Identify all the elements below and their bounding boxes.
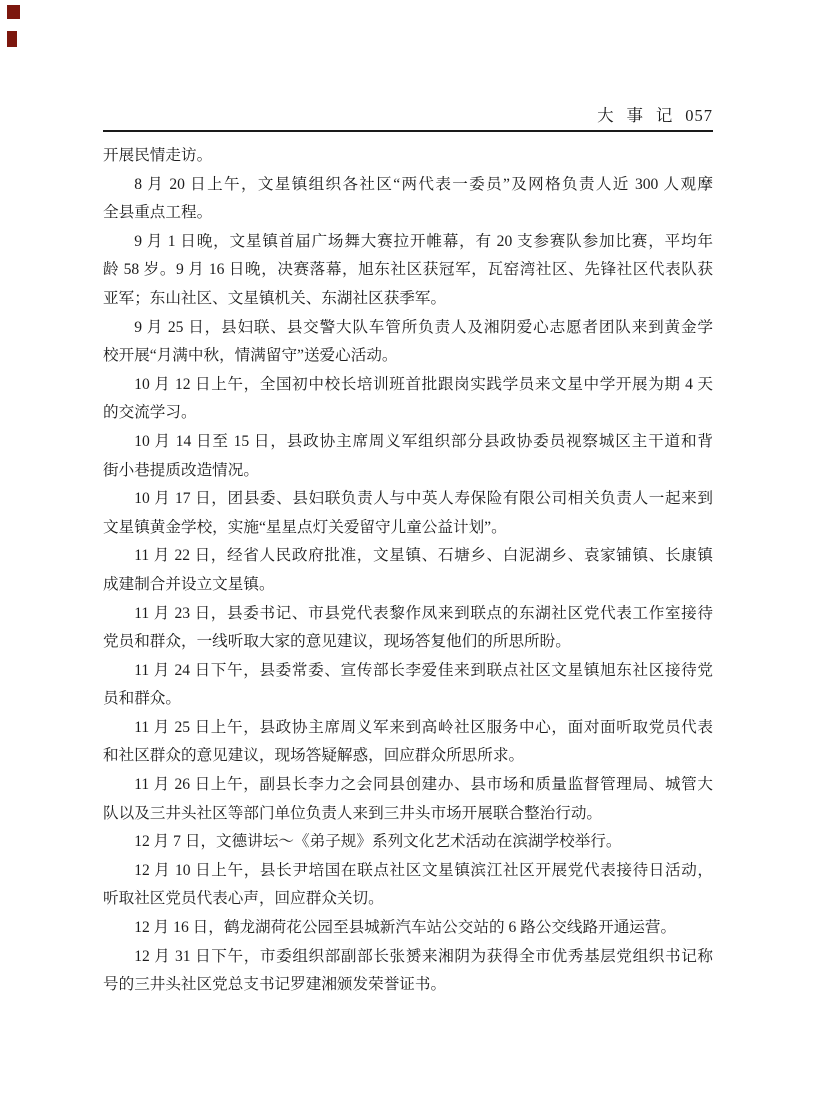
header-rule <box>103 130 713 132</box>
red-scan-mark-icon <box>7 31 17 47</box>
text-line: 11 月 24 日下午，县委常委、宣传部长李爱佳来到联点社区文星镇旭东社区接待党 <box>103 657 713 686</box>
text-line: 9 月 1 日晚，文星镇首届广场舞大赛拉开帷幕，有 20 支参赛队参加比赛，平均… <box>103 228 713 257</box>
text-line: 亚军；东山社区、文星镇机关、东湖社区获季军。 <box>103 285 713 314</box>
text-line: 成建制合并设立文星镇。 <box>103 571 713 600</box>
page-number: 057 <box>685 106 713 125</box>
text-line: 和社区群众的意见建议，现场答疑解惑，回应群众所思所求。 <box>103 742 713 771</box>
body-text: 开展民情走访。8 月 20 日上午，文星镇组织各社区“两代表一委员”及网格负责人… <box>103 142 713 1000</box>
text-line: 校开展“月满中秋，情满留守”送爱心活动。 <box>103 342 713 371</box>
text-line: 听取社区党员代表心声，回应群众关切。 <box>103 885 713 914</box>
page-header: 大事记057 <box>597 106 713 126</box>
text-line: 12 月 16 日，鹤龙湖荷花公园至县城新汽车站公交站的 6 路公交线路开通运营… <box>103 914 713 943</box>
text-line: 龄 58 岁。9 月 16 日晚，决赛落幕，旭东社区获冠军，瓦窑湾社区、先锋社区… <box>103 256 713 285</box>
text-line: 号的三井头社区党总支书记罗建湘颁发荣誉证书。 <box>103 971 713 1000</box>
text-line: 11 月 25 日上午，县政协主席周义军来到高岭社区服务中心，面对面听取党员代表 <box>103 714 713 743</box>
document-page: 大事记057 开展民情走访。8 月 20 日上午，文星镇组织各社区“两代表一委员… <box>0 0 816 1099</box>
text-line: 11 月 22 日，经省人民政府批准，文星镇、石塘乡、白泥湖乡、袁家铺镇、长康镇 <box>103 542 713 571</box>
text-line: 员和群众。 <box>103 685 713 714</box>
text-line: 10 月 12 日上午，全国初中校长培训班首批跟岗实践学员来文星中学开展为期 4… <box>103 371 713 400</box>
text-line: 8 月 20 日上午，文星镇组织各社区“两代表一委员”及网格负责人近 300 人… <box>103 171 713 200</box>
text-line: 的交流学习。 <box>103 399 713 428</box>
text-line: 9 月 25 日，县妇联、县交警大队车管所负责人及湘阴爱心志愿者团队来到黄金学 <box>103 314 713 343</box>
text-line: 12 月 7 日，文德讲坛～《弟子规》系列文化艺术活动在滨湖学校举行。 <box>103 828 713 857</box>
text-line: 10 月 17 日，团县委、县妇联负责人与中英人寿保险有限公司相关负责人一起来到 <box>103 485 713 514</box>
text-line: 11 月 23 日，县委书记、市县党代表黎作凤来到联点的东湖社区党代表工作室接待 <box>103 600 713 629</box>
text-line: 11 月 26 日上午，副县长李力之会同县创建办、县市场和质量监督管理局、城管大 <box>103 771 713 800</box>
text-line: 10 月 14 日至 15 日，县政协主席周义军组织部分县政协委员视察城区主干道… <box>103 428 713 457</box>
text-line: 街小巷提质改造情况。 <box>103 457 713 486</box>
text-line: 文星镇黄金学校，实施“星星点灯关爱留守儿童公益计划”。 <box>103 514 713 543</box>
red-scan-mark-icon <box>7 5 20 19</box>
text-line: 12 月 10 日上午，县长尹培国在联点社区文星镇滨江社区开展党代表接待日活动， <box>103 857 713 886</box>
text-line: 党员和群众，一线听取大家的意见建议，现场答复他们的所思所盼。 <box>103 628 713 657</box>
text-line: 开展民情走访。 <box>103 142 713 171</box>
text-line: 12 月 31 日下午，市委组织部副部长张赟来湘阴为获得全市优秀基层党组织书记称 <box>103 943 713 972</box>
text-line: 全县重点工程。 <box>103 199 713 228</box>
header-title: 大事记 <box>597 106 685 125</box>
text-line: 队以及三井头社区等部门单位负责人来到三井头市场开展联合整治行动。 <box>103 800 713 829</box>
